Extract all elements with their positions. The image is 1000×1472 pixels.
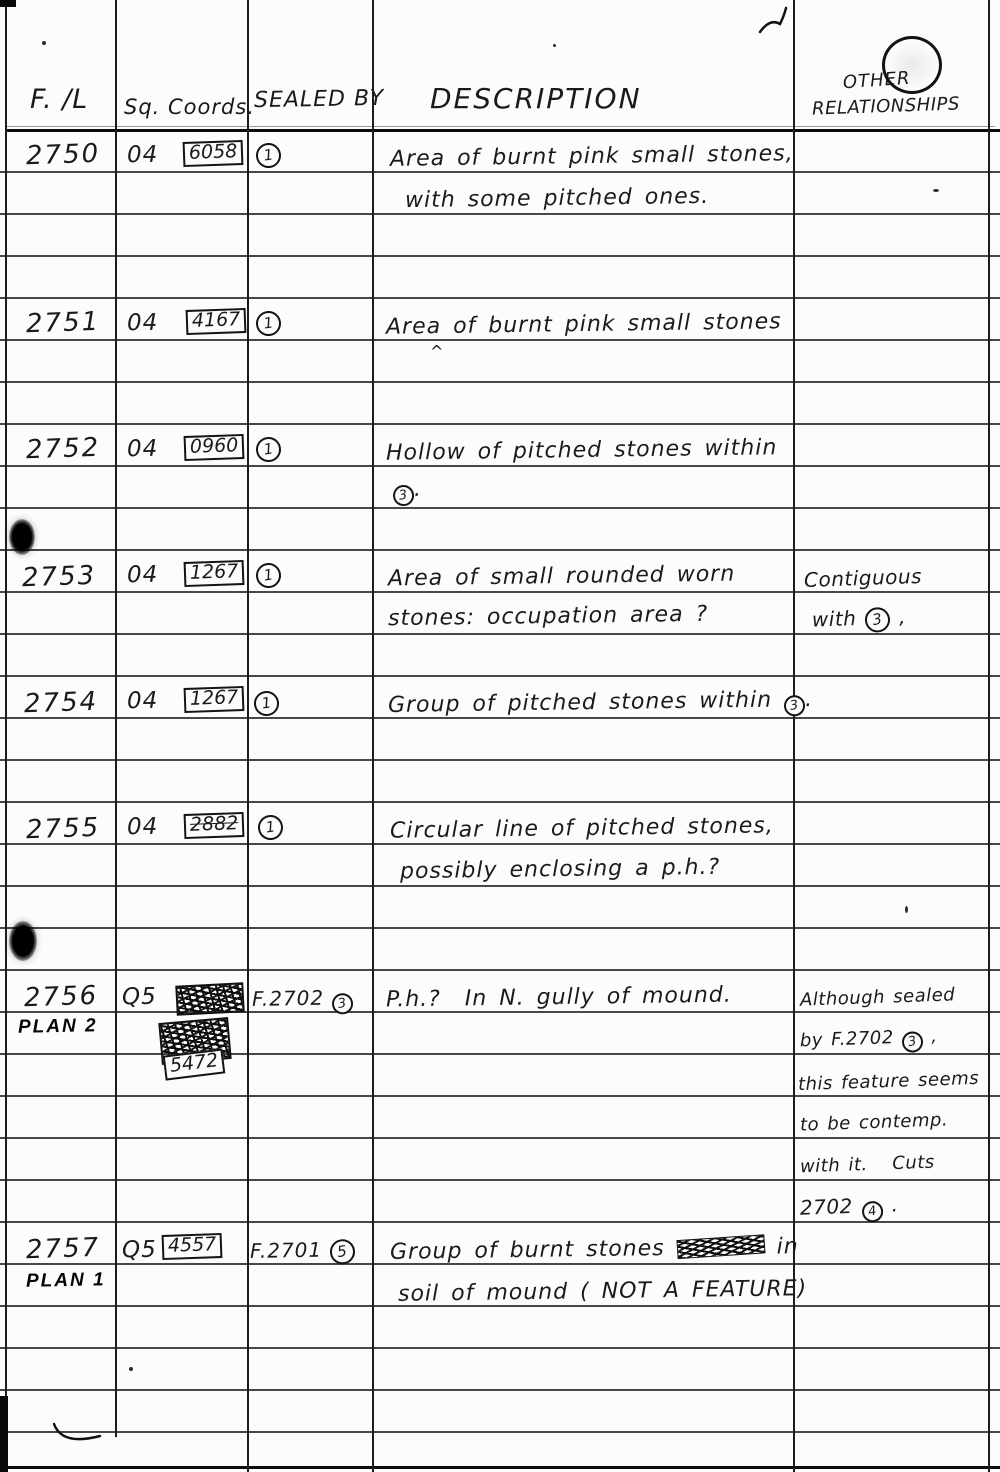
- fl-number: 2756: [24, 983, 99, 1013]
- other-line: Contiguous: [804, 566, 923, 591]
- ink-speck: [933, 189, 939, 192]
- circled-number: 3: [392, 484, 416, 508]
- description-line: Area of small rounded worn: [388, 563, 735, 591]
- description-line: P.h.? In N. gully of mound.: [386, 984, 732, 1012]
- fl-number: 2753: [22, 563, 97, 593]
- fl-number: 2757: [26, 1235, 101, 1265]
- coord-box: 6058: [183, 140, 244, 167]
- grid-ref: 04: [127, 143, 159, 168]
- coord-box: 2882: [184, 812, 245, 839]
- sealed-by: F.2702 3: [252, 987, 353, 1016]
- hole-punch: [9, 519, 35, 555]
- scribbled-out-word: [676, 1234, 765, 1259]
- description-line: with some pitched ones.: [405, 185, 709, 212]
- pen-mark: [50, 1420, 114, 1450]
- left-border-line: [5, 0, 7, 1472]
- ink-speck: [553, 44, 556, 47]
- sealed-by: F.2701 5: [250, 1239, 355, 1266]
- drawn-circle: [882, 36, 942, 94]
- description-line: Area of burnt pink small stones,: [390, 142, 794, 171]
- fl-number: 2755: [26, 815, 101, 845]
- column-line-sealed: [372, 0, 374, 1472]
- header-underline: [5, 129, 1000, 132]
- other-line: with 3 ,: [812, 606, 907, 635]
- column-line-coords: [247, 0, 249, 1472]
- scribbled-out-box: [175, 982, 244, 1016]
- ink-speck: [905, 906, 908, 913]
- description-line: Group of pitched stones within 3.: [388, 688, 813, 722]
- plan-label: PLAN 2: [18, 1015, 98, 1038]
- grid-ref: 04: [127, 437, 159, 462]
- grid-ref: 04: [127, 311, 159, 336]
- scanned-record-sheet: F. /L Sq. Coords. SEALED BY DESCRIPTION …: [0, 0, 1000, 1472]
- col-header-description: DESCRIPTION: [430, 84, 642, 113]
- col-header-fl: F. /L: [30, 86, 88, 114]
- coord-box: 1267: [184, 560, 245, 587]
- coord-box: 4167: [186, 308, 247, 335]
- grid-ref: Q5: [122, 1238, 157, 1263]
- header-underline-thin: [5, 126, 995, 127]
- coord-box: 4557: [162, 1233, 223, 1260]
- fl-number: 2754: [24, 689, 99, 719]
- other-line: 2702 4 .: [800, 1194, 899, 1225]
- ink-speck: [129, 1367, 133, 1371]
- circled-number: 3: [900, 1030, 924, 1054]
- column-line-fl: [115, 0, 117, 1437]
- grid-ref: Q5: [122, 985, 157, 1010]
- fl-number: 2751: [26, 309, 101, 339]
- hole-punch: [9, 921, 37, 961]
- description-line: Area of burnt pink small stones: [386, 310, 782, 339]
- circled-number: 3: [783, 694, 807, 718]
- description-line: Circular line of pitched stones,: [390, 814, 774, 842]
- circled-number: 5: [328, 1238, 357, 1267]
- description-line: stones: occupation area ?: [388, 603, 709, 631]
- coord-box: 1267: [184, 686, 245, 713]
- fl-number: 2752: [26, 435, 101, 465]
- other-line: by F.2702 3 ,: [800, 1028, 938, 1057]
- grid-ref: 04: [127, 815, 159, 840]
- grid-ref: 04: [127, 563, 159, 588]
- coord-box: 0960: [184, 434, 245, 461]
- col-header-other-2: RELATIONSHIPS: [812, 95, 960, 119]
- scan-edge-mark: [0, 0, 16, 7]
- bottom-border: [0, 1466, 1000, 1469]
- circled-number: 4: [860, 1200, 884, 1224]
- grid-ref: 04: [127, 689, 159, 714]
- insert-caret: ^: [430, 344, 443, 361]
- fl-number: 2750: [26, 141, 101, 171]
- col-header-sealed: SEALED BY: [254, 87, 385, 112]
- pen-mark: [756, 6, 792, 40]
- description-line: Hollow of pitched stones within: [386, 436, 778, 465]
- right-border-line: [988, 0, 990, 1472]
- ink-speck: [42, 41, 46, 45]
- plan-label: PLAN 1: [26, 1269, 106, 1292]
- circled-number: 3: [863, 606, 892, 635]
- description-line: soil of mound ( NOT A FEATURE): [398, 1277, 808, 1306]
- description-line: 3.: [393, 478, 422, 507]
- scan-edge-mark: [0, 1396, 8, 1472]
- col-header-coords: Sq. Coords.: [124, 96, 255, 118]
- circled-number: 3: [330, 992, 354, 1016]
- description-line: possibly enclosing a p.h.?: [400, 856, 721, 884]
